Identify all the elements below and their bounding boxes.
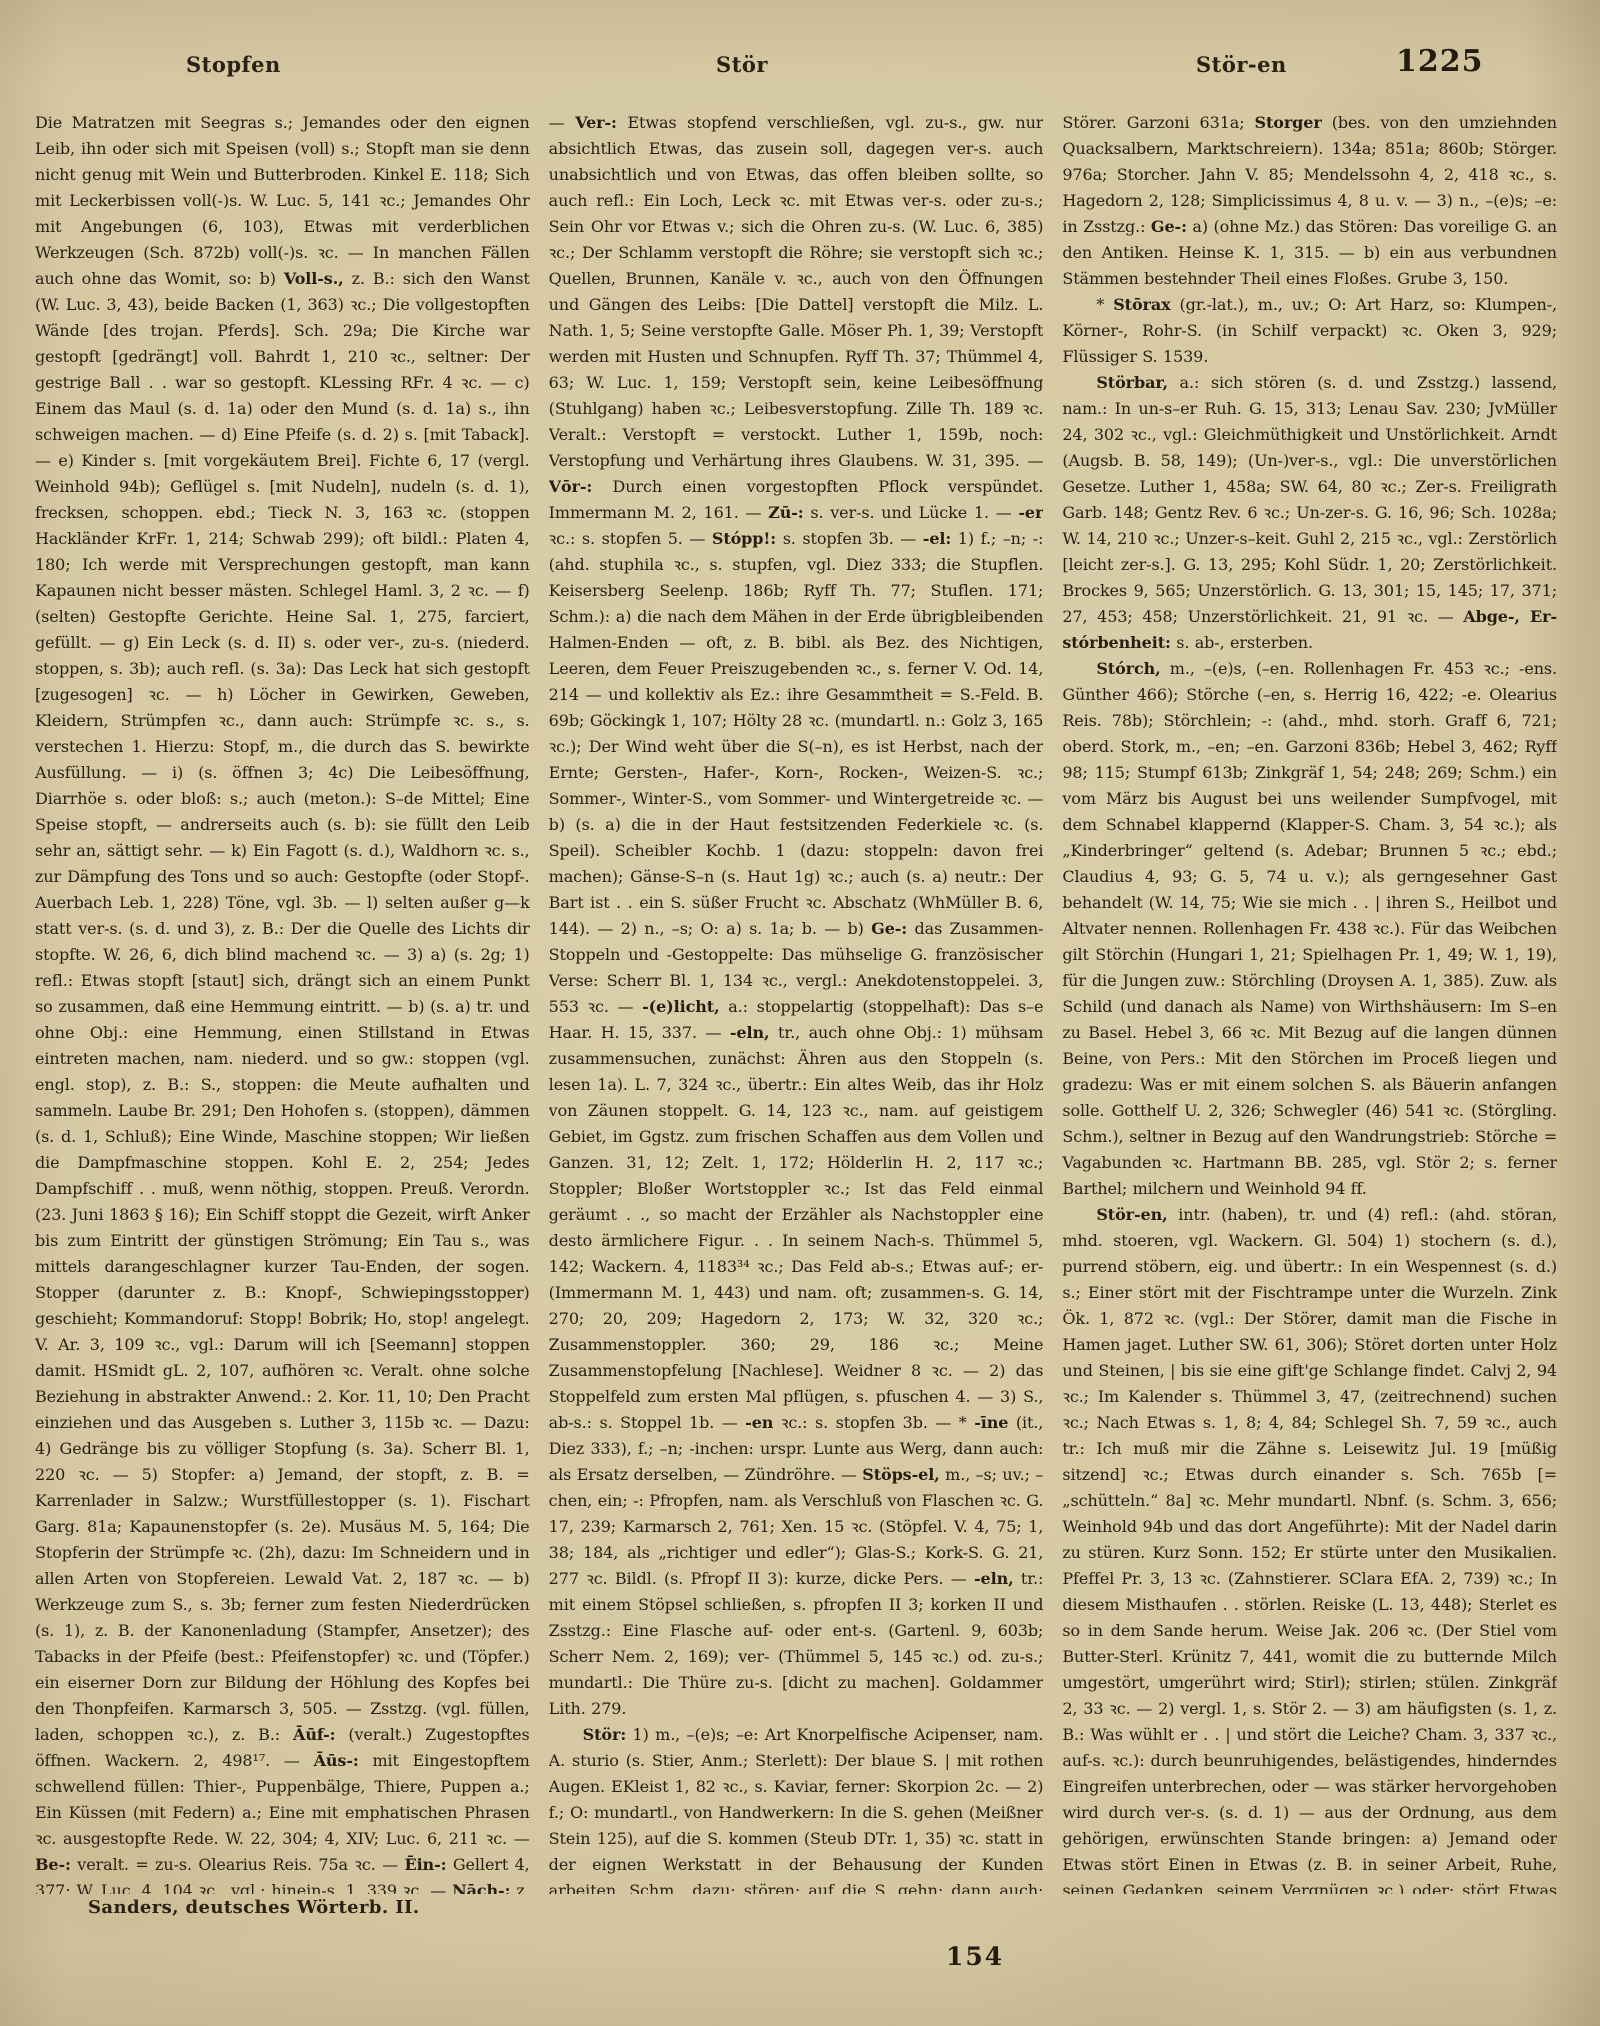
text-columns: Die Matratzen mit Seegras s.; Jemandes o… [35, 110, 1557, 1894]
sheet-signature: 154 [946, 1942, 1004, 1971]
imprint-line: Sanders, deutsches Wörterb. II. [88, 1897, 420, 1918]
column-3: Störer. Garzoni 631a; Storger (bes. von … [1062, 110, 1557, 1894]
dictionary-paragraph: Die Matratzen mit Seegras s.; Jemandes o… [35, 110, 530, 1894]
page-number: 1225 [1396, 44, 1484, 79]
dictionary-paragraph: Störer. Garzoni 631a; Storger (bes. von … [1062, 110, 1557, 292]
column-2: — Ver-: Etwas stopfend verschließen, vgl… [549, 110, 1044, 1894]
dictionary-paragraph: Störbar, a.: sich stören (s. d. und Zsst… [1062, 370, 1557, 656]
running-head-center: Stör [716, 52, 768, 82]
dictionary-paragraph: Stör-en, intr. (haben), tr. und (4) refl… [1062, 1202, 1557, 1894]
running-head-right: Stör-en [1196, 52, 1287, 82]
running-head-left: Stopfen [186, 52, 281, 82]
dictionary-paragraph: — Ver-: Etwas stopfend verschließen, vgl… [549, 110, 1044, 1722]
dictionary-paragraph: Stórch, m., –(e)s, (–en. Rollenhagen Fr.… [1062, 656, 1557, 1202]
dictionary-paragraph: * Stōrax (gr.-lat.), m., uv.; O: Art Har… [1062, 292, 1557, 370]
book-page: Stopfen Stör Stör-en 1225 Die Matratzen … [0, 0, 1600, 2026]
column-1: Die Matratzen mit Seegras s.; Jemandes o… [35, 110, 530, 1894]
dictionary-paragraph: Stör: 1) m., –(e)s; –e: Art Knorpelfisch… [549, 1722, 1044, 1894]
